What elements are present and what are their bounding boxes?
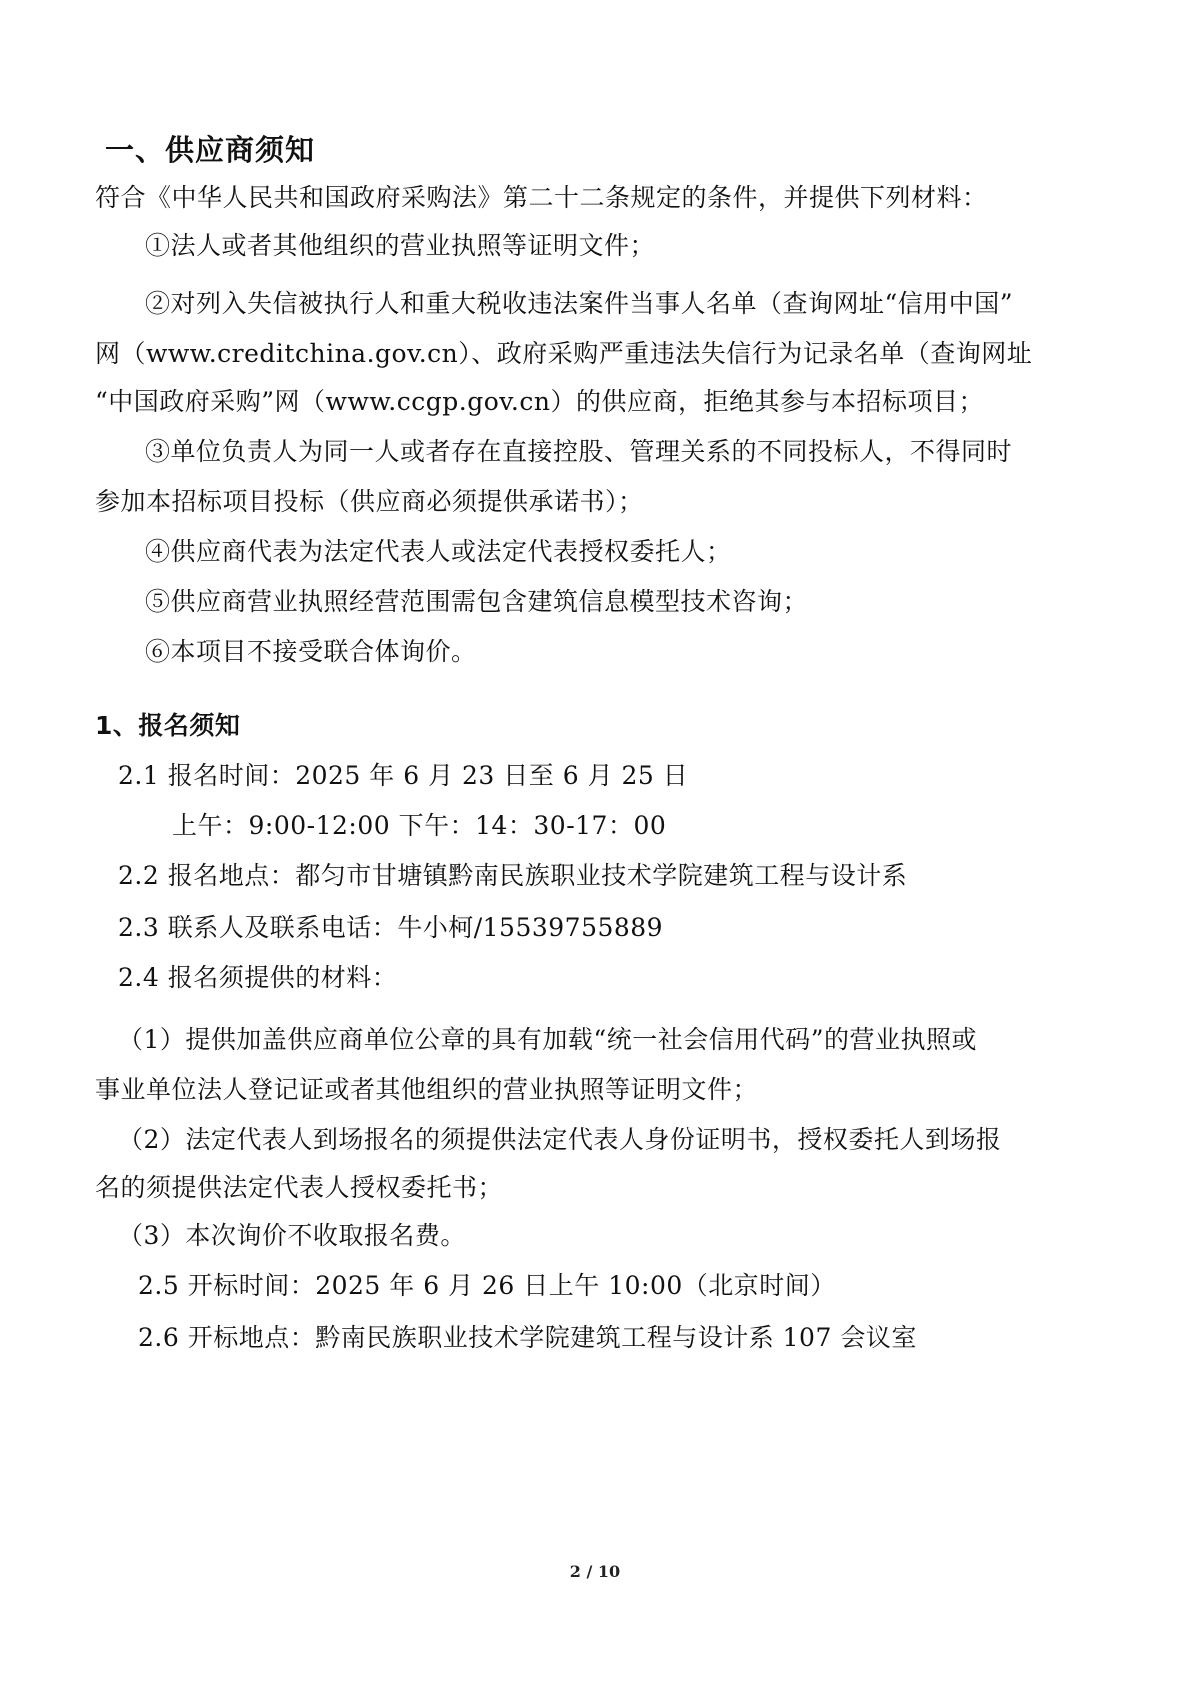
registration-time: 2.1 报名时间：2025 年 6 月 23 日至 6 月 25 日 — [118, 760, 688, 792]
registration-hours: 上午：9:00-12:00 下午：14：30-17：00 — [172, 810, 666, 842]
document-page: 一、供应商须知 符合《中华人民共和国政府采购法》第二十二条规定的条件，并提供下列… — [0, 0, 1190, 1684]
requirement-item-5: ⑤供应商营业执照经营范围需包含建筑信息模型技术咨询； — [145, 586, 808, 618]
registration-place: 2.2 报名地点：都匀市甘塘镇黔南民族职业技术学院建筑工程与设计系 — [118, 860, 907, 892]
requirement-item-2-cont-1: 网（www.creditchina.gov.cn）、政府采购严重违法失信行为记录… — [95, 338, 1032, 370]
contact-info: 2.3 联系人及联系电话：牛小柯/15539755889 — [118, 912, 663, 944]
material-item-1: （1）提供加盖供应商单位公章的具有加载“统一社会信用代码”的营业执照或 — [118, 1024, 977, 1056]
materials-heading: 2.4 报名须提供的材料： — [118, 962, 397, 994]
section-heading-supplier-notice: 一、供应商须知 — [105, 134, 315, 166]
material-item-2-cont: 名的须提供法定代表人授权委托书； — [95, 1172, 503, 1204]
bid-opening-place: 2.6 开标地点：黔南民族职业技术学院建筑工程与设计系 107 会议室 — [138, 1322, 917, 1354]
requirement-item-3: ③单位负责人为同一人或者存在直接控股、管理关系的不同投标人，不得同时 — [145, 436, 1012, 468]
bid-opening-time: 2.5 开标时间：2025 年 6 月 26 日上午 10:00（北京时间） — [138, 1270, 836, 1302]
requirement-item-1: ①法人或者其他组织的营业执照等证明文件； — [145, 230, 655, 262]
material-item-1-cont: 事业单位法人登记证或者其他组织的营业执照等证明文件； — [95, 1074, 758, 1106]
requirement-item-3-cont: 参加本招标项目投标（供应商必须提供承诺书）； — [95, 486, 644, 518]
intro-paragraph: 符合《中华人民共和国政府采购法》第二十二条规定的条件，并提供下列材料： — [95, 182, 988, 214]
page-number: 2 / 10 — [0, 1562, 1190, 1581]
requirement-item-2-cont-2: “中国政府采购”网（www.ccgp.gov.cn）的供应商，拒绝其参与本招标项… — [95, 386, 984, 418]
requirement-item-2: ②对列入失信被执行人和重大税收违法案件当事人名单（查询网址“信用中国” — [145, 288, 1013, 320]
material-item-2: （2）法定代表人到场报名的须提供法定代表人身份证明书，授权委托人到场报 — [118, 1124, 1001, 1156]
section-heading-registration: 1、报名须知 — [95, 710, 240, 742]
requirement-item-4: ④供应商代表为法定代表人或法定代表授权委托人； — [145, 536, 732, 568]
material-item-3: （3）本次询价不收取报名费。 — [118, 1220, 466, 1252]
requirement-item-6: ⑥本项目不接受联合体询价。 — [145, 636, 477, 668]
